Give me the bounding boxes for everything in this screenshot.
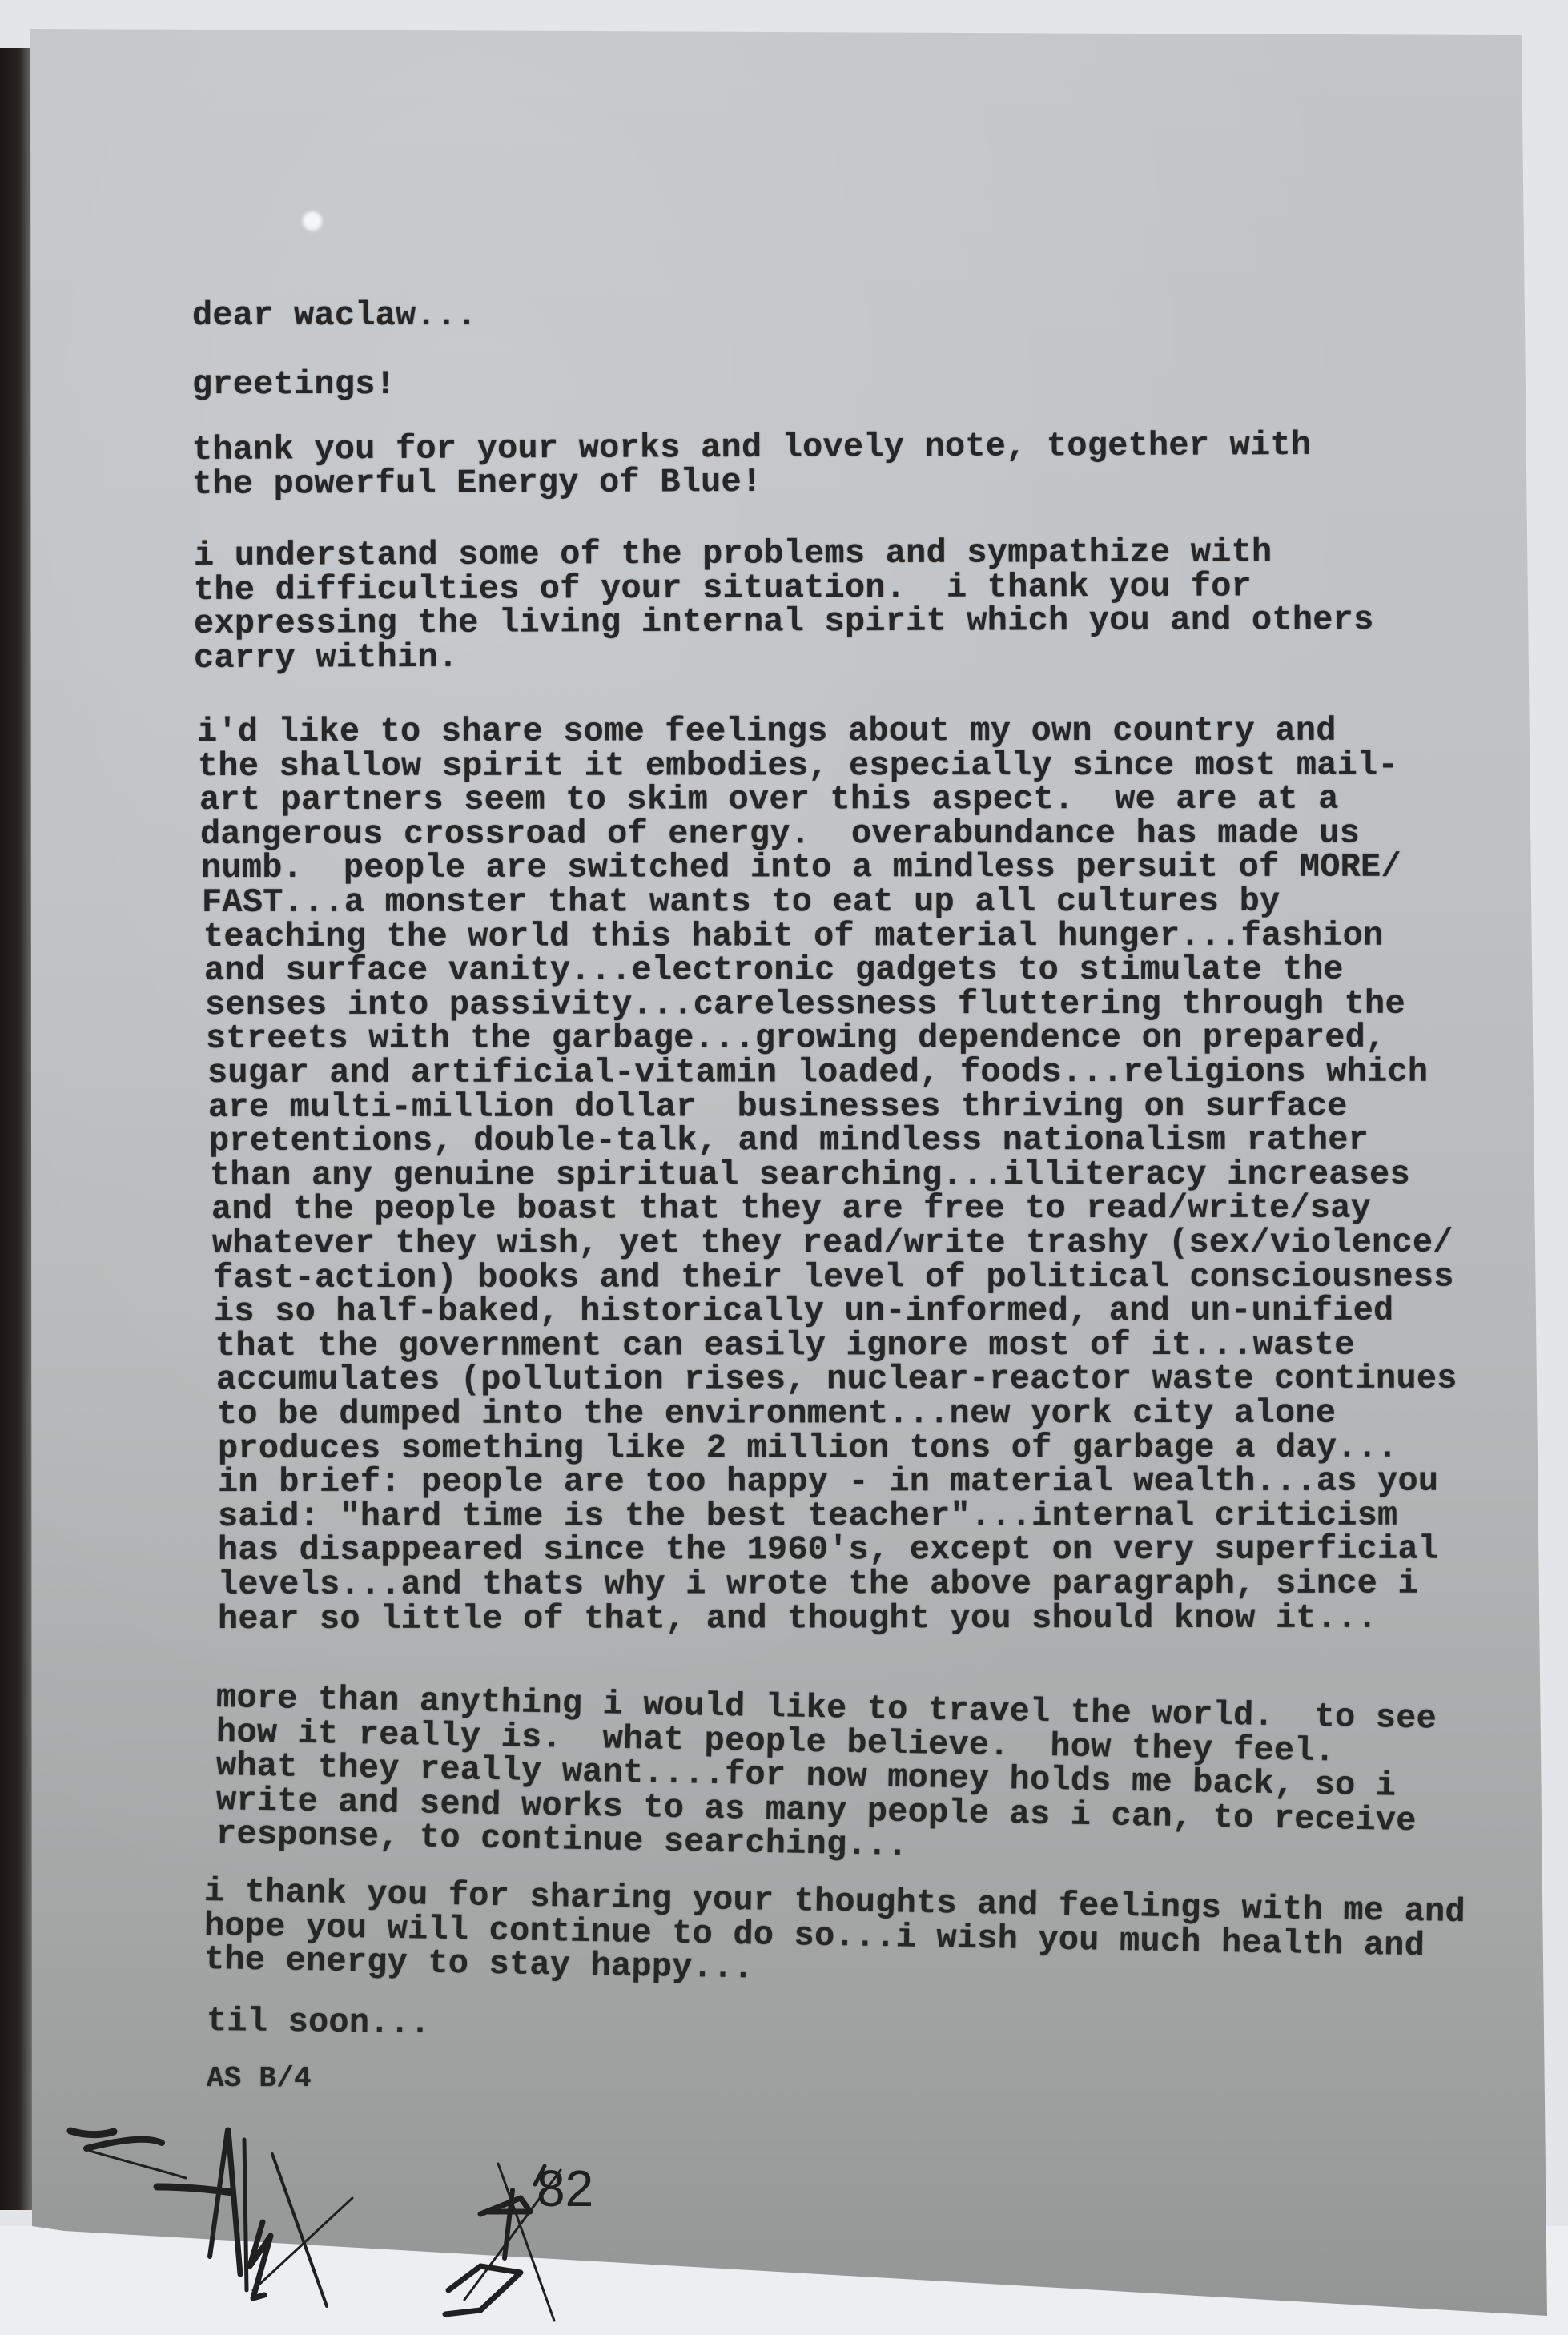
letter-line: streets with the garbage...growing depen… — [206, 1020, 1385, 1056]
letter-line: dangerous crossroad of energy. overabund… — [200, 816, 1360, 852]
letter-line: fast-action) books and their level of po… — [213, 1259, 1454, 1295]
letter-line: produces something like 2 million tons o… — [218, 1429, 1397, 1465]
paper-speck — [303, 211, 322, 231]
letter-line: teaching the world this habit of materia… — [203, 918, 1382, 954]
salutation: dear waclaw... — [192, 298, 477, 333]
letter-line: levels...and thats why i wrote the above… — [218, 1566, 1418, 1602]
letter-line: thank you for your works and lovely note… — [192, 428, 1311, 468]
letter-line: hear so little of that, and thought you … — [218, 1600, 1377, 1636]
letter-line: the shallow spirit it embodies, especial… — [198, 747, 1398, 783]
letter-line: in brief: people are too happy - in mate… — [218, 1464, 1438, 1500]
letter-line: numb. people are switched into a mindles… — [201, 850, 1401, 886]
letter-line: said: "hard time is the best teacher"...… — [218, 1498, 1397, 1534]
letter-line: than any genuine spiritual searching...i… — [210, 1156, 1410, 1192]
letter-line: sugar and artificial-vitamin loaded, foo… — [207, 1055, 1427, 1091]
letter-line: the powerful Energy of Blue! — [192, 464, 762, 501]
letter-line: the energy to stay happy... — [204, 1942, 754, 1986]
letter-line: whatever they wish, yet they read/write … — [212, 1225, 1453, 1261]
letter-line: to be dumped into the environment...new … — [217, 1396, 1336, 1432]
letter-line: and surface vanity...electronic gadgets … — [204, 952, 1344, 988]
letter-line: carry within. — [194, 640, 458, 676]
letter-line: art partners seem to skim over this aspe… — [199, 782, 1338, 818]
letter-line: accumulates (pollution rises, nuclear-re… — [216, 1361, 1457, 1397]
letter-line: and the people boast that they are free … — [211, 1191, 1370, 1227]
letter-line: that the government can easily ignore mo… — [215, 1328, 1354, 1364]
dark-background-strip — [0, 48, 32, 2210]
greeting: greetings! — [192, 367, 396, 402]
letter-line: are multi-million dollar businesses thri… — [208, 1088, 1348, 1124]
letter-line: pretentions, double-talk, and mindless n… — [209, 1123, 1369, 1159]
closing: til soon... — [207, 2003, 431, 2041]
reference-code: AS B/4 — [207, 2061, 312, 2096]
letter-line: senses into passivity...carelessness flu… — [205, 986, 1405, 1022]
letter-line: expressing the living internal spirit wh… — [194, 602, 1374, 641]
letter-line: FAST...a monster that wants to eat up al… — [202, 884, 1280, 920]
letter-line: i'd like to share some feelings about my… — [197, 713, 1337, 750]
letter-line: has disappeared since the 1960's, except… — [218, 1532, 1438, 1568]
letter-line: is so half-baked, historically un-inform… — [214, 1293, 1393, 1329]
